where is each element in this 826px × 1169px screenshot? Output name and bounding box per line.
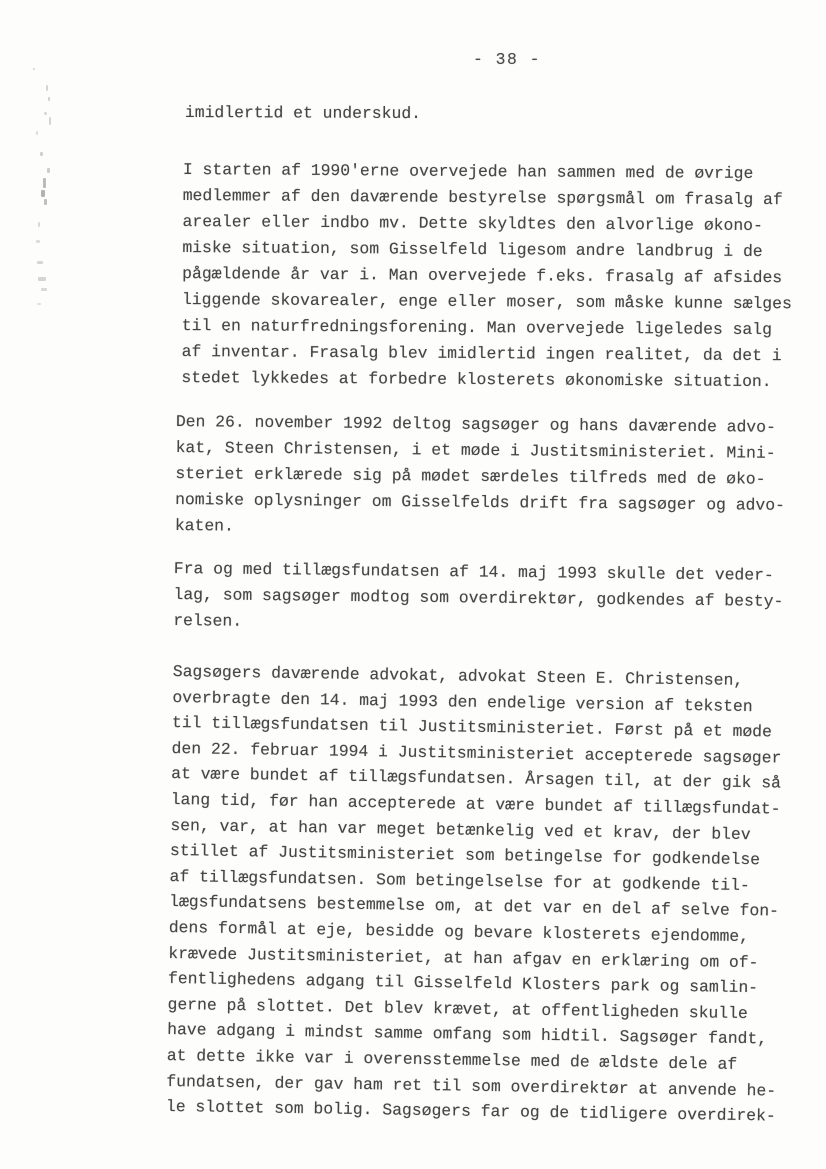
paragraph-tillaegsfundats: Sagsøgers daværende advokat, advokat Ste… (166, 659, 783, 1129)
paragraph-moede-1992: Den 26. november 1992 deltog sagsøger og… (175, 409, 786, 545)
document-page: - 38 - imidlertid et underskud. I starte… (0, 0, 826, 1169)
paragraph-vederlag: Fra og med tillægsfundatsen af 14. maj 1… (173, 556, 784, 641)
page-number: - 38 - (473, 50, 541, 69)
paragraph-frasalg: I starten af 1990'erne overvejede han sa… (181, 157, 792, 395)
paragraph-underskud: imidlertid et underskud. (185, 100, 421, 127)
